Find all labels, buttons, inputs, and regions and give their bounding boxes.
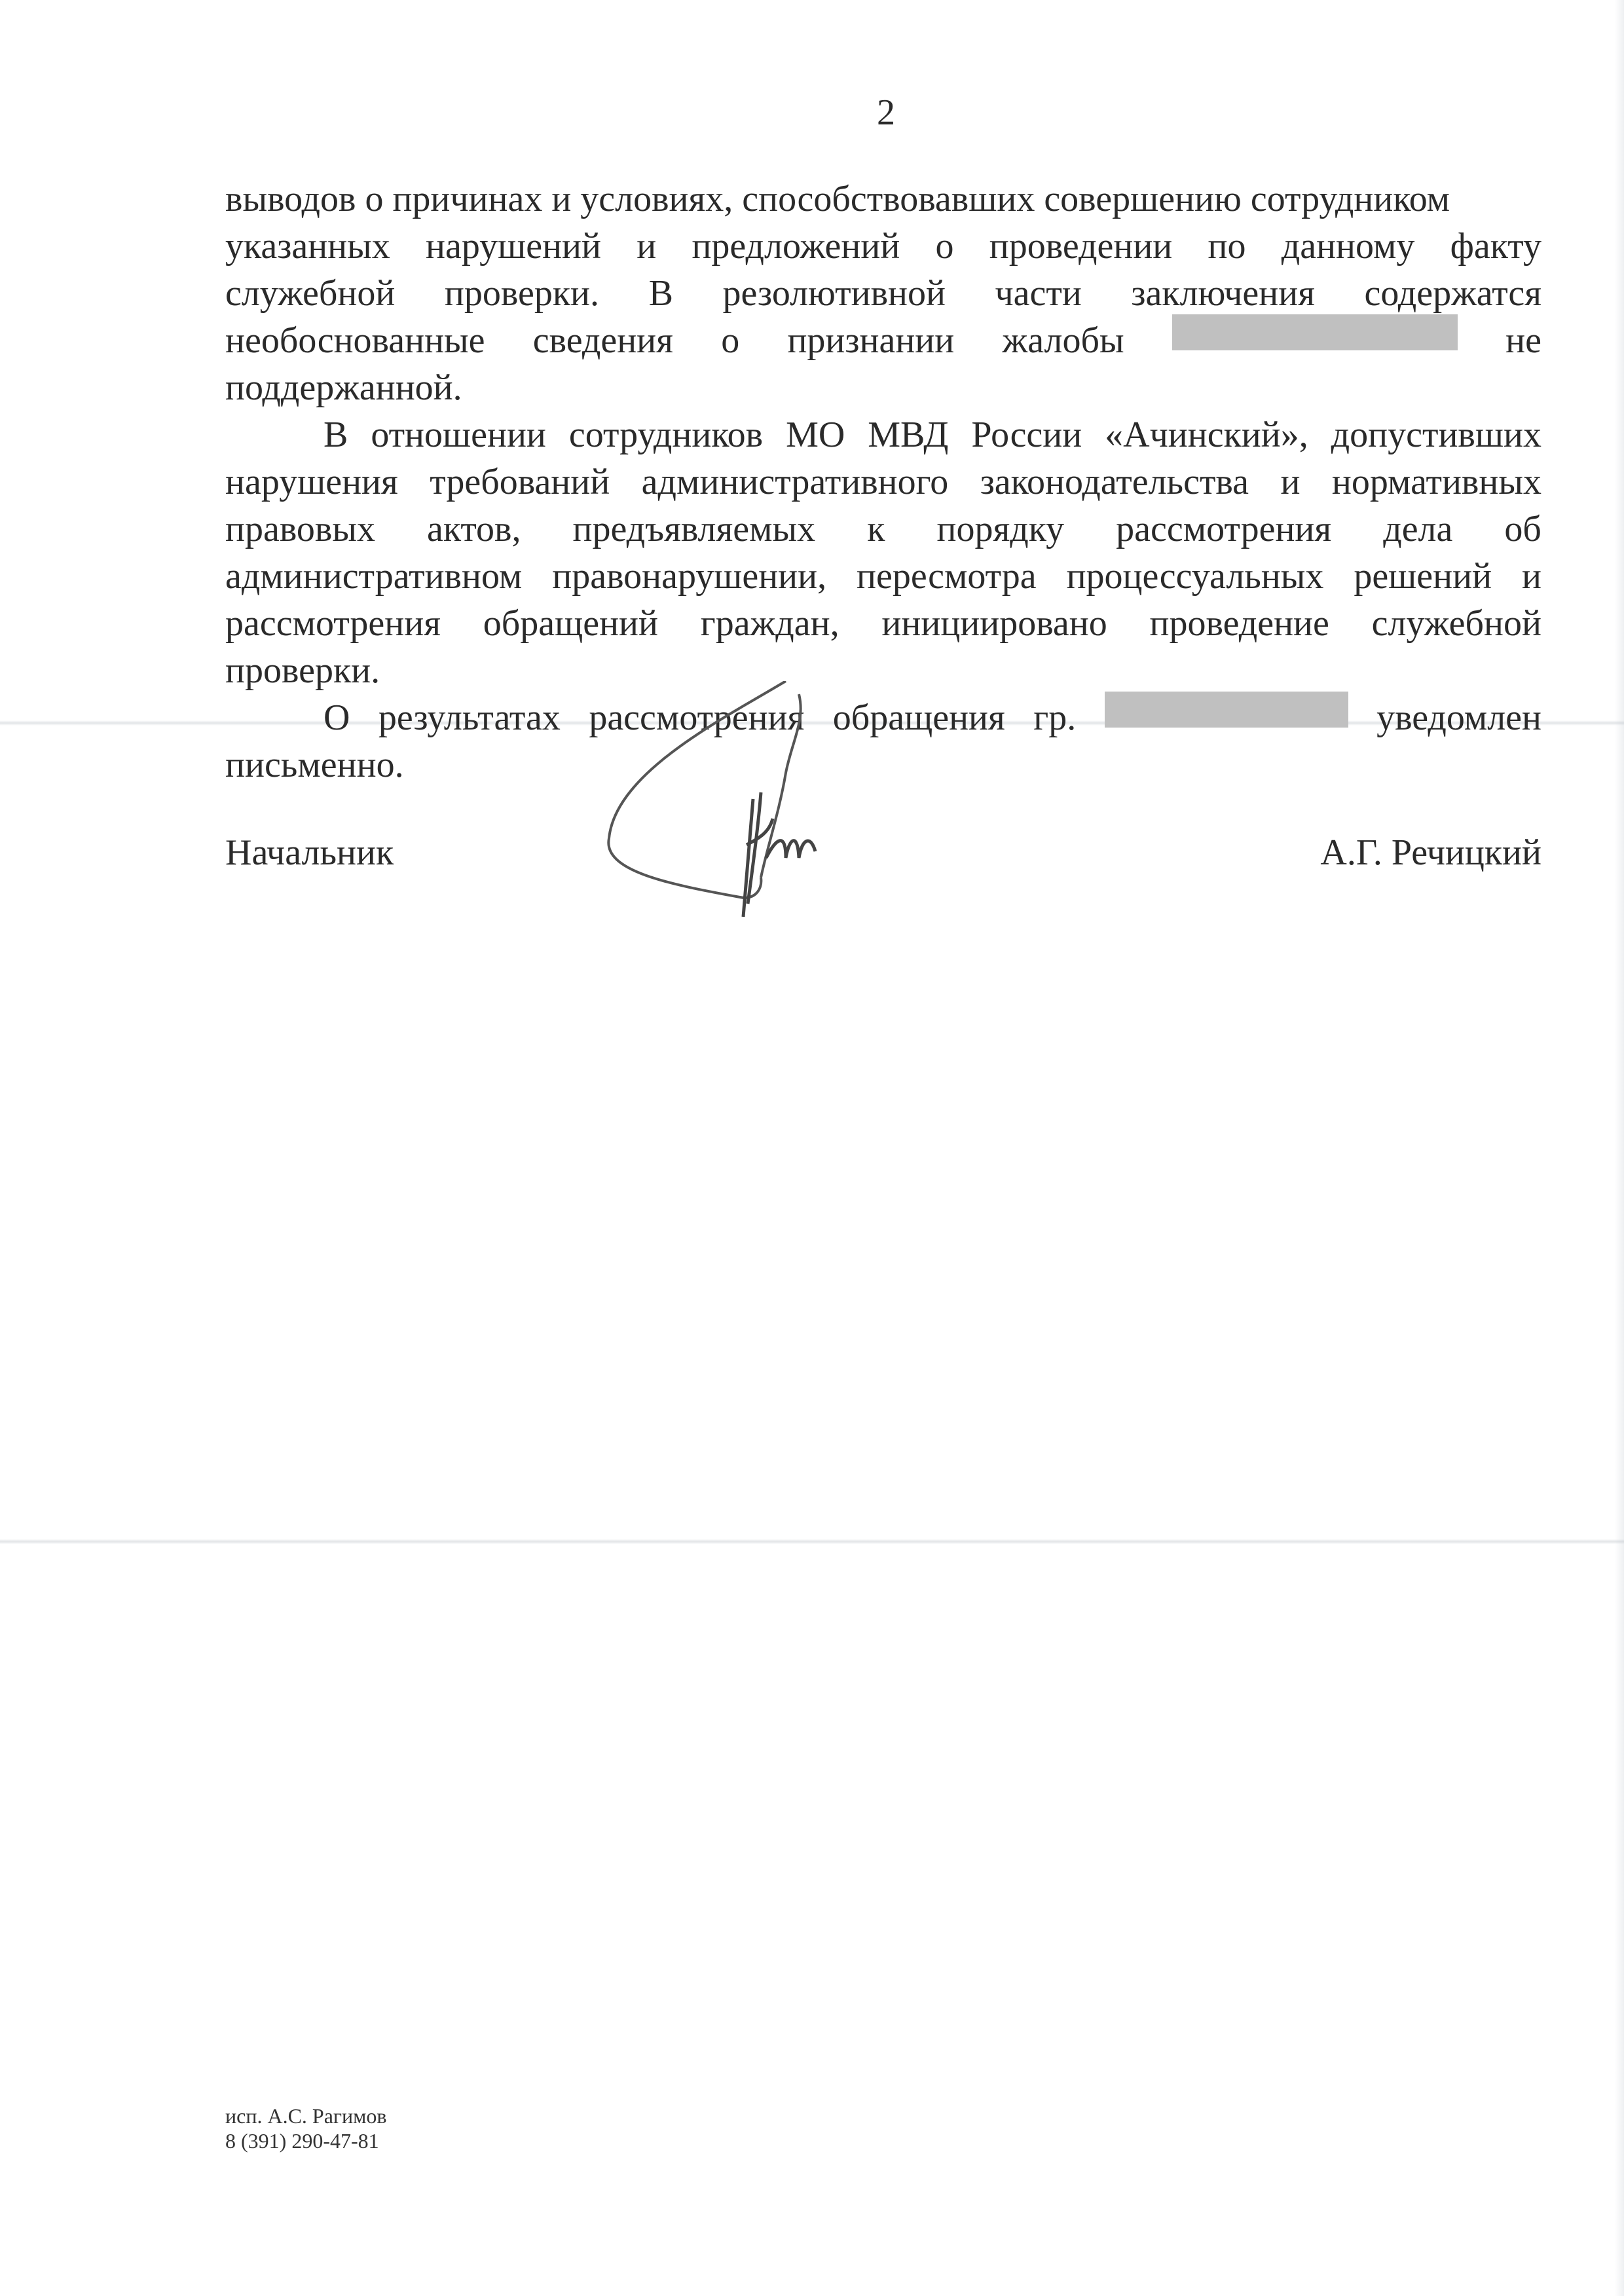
page-edge-shadow [1615, 0, 1624, 2296]
executor-name: исп. А.С. Рагимов [225, 2103, 387, 2128]
signature-block: Начальник А.Г. Речицкий [225, 832, 1541, 874]
text-line: выводов о причинах и условиях, способств… [225, 176, 1541, 223]
redacted-name [1105, 692, 1348, 728]
executor-info: исп. А.С. Рагимов 8 (391) 290-47-81 [225, 2103, 387, 2153]
page-number: 2 [0, 92, 1624, 134]
text-line: необоснованные сведения о признании жало… [225, 317, 1541, 364]
redacted-name [1172, 314, 1458, 350]
handwritten-signature [589, 681, 956, 917]
signer-name: А.Г. Речицкий [1320, 832, 1541, 874]
text-line: поддержанной. [225, 364, 1541, 411]
executor-phone: 8 (391) 290-47-81 [225, 2128, 387, 2153]
text-line: указанных нарушений и предложений о пров… [225, 223, 1541, 270]
signer-position: Начальник [225, 832, 394, 874]
text-line: административномправонарушении,пересмотр… [225, 553, 1541, 600]
text-line: ВотношениисотрудниковМОМВДРоссии«Ачински… [225, 411, 1541, 458]
text-line: правовыхактов,предъявляемыхкпорядкурассм… [225, 506, 1541, 553]
paper-fold-line [0, 1539, 1624, 1544]
text-line: служебной проверки. В резолютивной части… [225, 270, 1541, 317]
text-line: нарушениятребованийадминистративногозако… [225, 458, 1541, 506]
text-line: рассмотренияобращенийграждан,инициирован… [225, 600, 1541, 647]
